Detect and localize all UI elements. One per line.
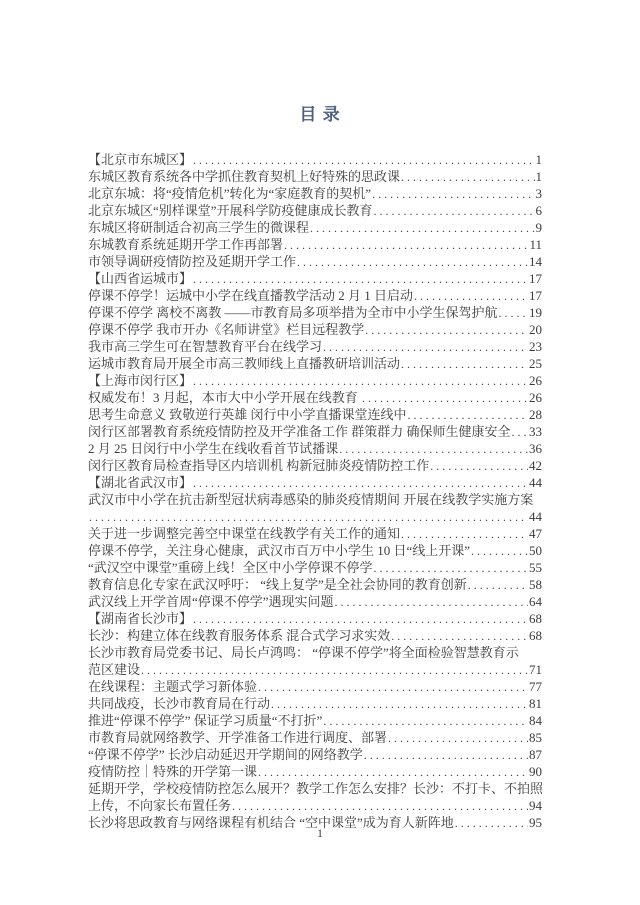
toc-entry-text: 权威发布！3 月起，本市大中小学开展在线教育 bbox=[88, 389, 361, 406]
toc-entry-text: 长沙市教育局党委书记、局长卢鸿鸣： “停课不停学”将全面检验智慧教育示 bbox=[88, 644, 519, 661]
toc-leader-dots bbox=[258, 764, 528, 780]
toc-page-number: 20 bbox=[529, 321, 542, 338]
toc-page-number: 55 bbox=[529, 559, 542, 576]
toc-entry-text: 东城区教育系统各中学抓住教育契机上好特殊的思政课 bbox=[88, 168, 400, 185]
toc-entry: 我市高三学生可在智慧教育平台在线学习 23 bbox=[88, 338, 542, 355]
toc-page-number: 44 bbox=[529, 508, 542, 525]
toc-page-number: 64 bbox=[529, 593, 542, 610]
toc-entry-text: 关于进一步调整完善空中课堂在线教学有关工作的通知 bbox=[88, 525, 400, 542]
toc-leader-dots bbox=[471, 543, 528, 559]
toc-entry-text: 2 月 25 日闵行中小学生在线收看首节试播课 bbox=[88, 440, 338, 457]
toc-entry-text: 市领导调研疫情防控及延期开学工作 bbox=[88, 253, 296, 270]
toc-leader-dots bbox=[430, 458, 528, 474]
toc-entry: 运城市教育局开展全市高三教师线上直播教研培训活动 25 bbox=[88, 355, 542, 372]
toc-entry-text: 上传，不向家长布置任务 bbox=[88, 797, 231, 814]
toc-leader-dots bbox=[365, 322, 528, 338]
toc-entry: 武汉线上开学首周“停课不停学”遇现实问题 64 bbox=[88, 593, 542, 610]
toc-entry-text: 市教育局就网络教学、开学准备工作进行调度、部署 bbox=[88, 729, 387, 746]
toc-leader-dots bbox=[414, 288, 528, 304]
toc-entry-text: 北京东城区“别样课堂”开展科学防疫健康成长教育 bbox=[88, 202, 373, 219]
toc-entry: “停课不停学” 长沙启动延迟开学期间的网络教学 87 bbox=[88, 746, 542, 763]
toc-entry-text: 【北京市东城区】 bbox=[88, 151, 192, 168]
toc-page-number: 68 bbox=[529, 627, 542, 644]
toc-page-number: 81 bbox=[529, 695, 542, 712]
toc-page-number: 9 bbox=[536, 219, 543, 236]
toc-leader-dots bbox=[499, 305, 528, 321]
toc-entry: 推进“停课不停学” 保证学习质量“不打折” 84 bbox=[88, 712, 542, 729]
toc-entry-text: “武汉空中课堂”重磅上线！全区中小学停课不停学 bbox=[88, 559, 373, 576]
toc-page-number: 26 bbox=[529, 372, 542, 389]
toc-entry-text: 武汉市中小学在抗击新型冠状病毒感染的肺炎疫情期间 开展在线教学实施方案 bbox=[88, 491, 533, 508]
toc-entry: 2 月 25 日闵行中小学生在线收看首节试播课 36 bbox=[88, 440, 542, 457]
toc-leader-dots bbox=[388, 730, 528, 746]
toc-entry: 停课不停学！运城中小学在线直播教学活动 2 月 1 日启动 17 bbox=[88, 287, 542, 304]
toc-entry-text: 武汉线上开学首周“停课不停学”遇现实问题 bbox=[88, 593, 334, 610]
toc-leader-dots bbox=[193, 152, 534, 168]
toc-entry: 停课不停学 我市开办《名师讲堂》栏目远程教学 20 bbox=[88, 321, 542, 338]
toc-page-number: 11 bbox=[529, 236, 542, 253]
toc-leader-dots bbox=[364, 747, 528, 763]
toc-leader-dots bbox=[141, 662, 528, 678]
toc-entry: 思考生命意义 致敬逆行英雄 闵行中小学直播课堂连线中 28 bbox=[88, 406, 542, 423]
toc-page-number: 90 bbox=[529, 763, 542, 780]
toc-entry: 长沙市教育局党委书记、局长卢鸿鸣： “停课不停学”将全面检验智慧教育示 bbox=[88, 644, 542, 661]
toc-leader-dots bbox=[408, 407, 528, 423]
toc-section-heading: 【山西省运城市】 17 bbox=[88, 270, 542, 287]
toc-entry: 东城区将研制适合初高三学生的微课程 9 bbox=[88, 219, 542, 236]
toc-entry: 在线课程：主题式学习新体验 77 bbox=[88, 678, 542, 695]
toc-title: 目 录 bbox=[0, 100, 640, 125]
toc-list: 【北京市东城区】 1 东城区教育系统各中学抓住教育契机上好特殊的思政课 1 北京… bbox=[88, 151, 542, 831]
toc-entry-text: 【上海市闵行区】 bbox=[88, 372, 192, 389]
toc-page-number: 50 bbox=[529, 542, 542, 559]
toc-leader-dots bbox=[339, 441, 528, 457]
toc-entry-text: 停课不停学！运城中小学在线直播教学活动 2 月 1 日启动 bbox=[88, 287, 413, 304]
toc-entry: 闵行区部署教育系统疫情防控及开学准备工作 群策群力 确保师生健康安全 33 bbox=[88, 423, 542, 440]
toc-entry-text: 长沙：构建立体在线教育服务体系 混合式学习求实效 bbox=[88, 627, 390, 644]
toc-leader-dots bbox=[401, 526, 528, 542]
toc-page-number: 94 bbox=[529, 797, 542, 814]
toc-entry-text: 东城区将研制适合初高三学生的微课程 bbox=[88, 219, 309, 236]
toc-page-number: 26 bbox=[529, 389, 542, 406]
toc-entry-text: 思考生命意义 致敬逆行英雄 闵行中小学直播课堂连线中 bbox=[88, 406, 407, 423]
toc-entry-text: 闵行区部署教育系统疫情防控及开学准备工作 群策群力 确保师生健康安全 bbox=[88, 423, 511, 440]
toc-leader-dots bbox=[89, 509, 528, 525]
toc-leader-dots bbox=[391, 628, 528, 644]
toc-leader-dots bbox=[512, 424, 528, 440]
toc-entry-text: 疫情防控｜特殊的开学第一课 bbox=[88, 763, 257, 780]
toc-entry: 停课不停学，关注身心健康，武汉市百万中小学生 10 日“线上开课” 50 bbox=[88, 542, 542, 559]
toc-entry: 东城区教育系统各中学抓住教育契机上好特殊的思政课 1 bbox=[88, 168, 542, 185]
toc-page-number: 3 bbox=[536, 185, 543, 202]
toc-page-number: 42 bbox=[529, 457, 542, 474]
toc-leader-dots bbox=[284, 237, 528, 253]
toc-page-number: 33 bbox=[529, 423, 542, 440]
toc-entry: 市领导调研疫情防控及延期开学工作 14 bbox=[88, 253, 542, 270]
toc-entry: 权威发布！3 月起，本市大中小学开展在线教育 26 bbox=[88, 389, 542, 406]
toc-entry: 停课不停学 离校不离教 ——市教育局多项举措为全市中小学生保驾护航 19 bbox=[88, 304, 542, 321]
toc-page-number: 85 bbox=[529, 729, 542, 746]
toc-page-number: 77 bbox=[529, 678, 542, 695]
toc-entry: 疫情防控｜特殊的开学第一课 90 bbox=[88, 763, 542, 780]
toc-entry-text: 停课不停学 离校不离教 ——市教育局多项举措为全市中小学生保驾护航 bbox=[88, 304, 498, 321]
toc-entry-text: 【湖北省武汉市】 bbox=[88, 474, 192, 491]
toc-leader-dots bbox=[323, 339, 528, 355]
toc-page-number: 1 bbox=[536, 151, 543, 168]
toc-leader-dots bbox=[374, 560, 528, 576]
toc-entry: 长沙：构建立体在线教育服务体系 混合式学习求实效 68 bbox=[88, 627, 542, 644]
toc-entry-text: 停课不停学 我市开办《名师讲堂》栏目远程教学 bbox=[88, 321, 364, 338]
toc-leader-dots bbox=[362, 390, 528, 406]
toc-entry: 共同战疫，长沙市教育局在行动 81 bbox=[88, 695, 542, 712]
toc-section-heading: 【湖北省武汉市】 44 bbox=[88, 474, 542, 491]
toc-page-number: 1 bbox=[536, 168, 543, 185]
toc-entry-text: 闵行区教育局检查指导区内培训机 构新冠肺炎疫情防控工作 bbox=[88, 457, 429, 474]
toc-entry: 44 bbox=[88, 508, 542, 525]
toc-entry: 武汉市中小学在抗击新型冠状病毒感染的肺炎疫情期间 开展在线教学实施方案 bbox=[88, 491, 542, 508]
toc-entry-text: 我市高三学生可在智慧教育平台在线学习 bbox=[88, 338, 322, 355]
toc-leader-dots bbox=[193, 271, 528, 287]
toc-entry: 北京东城：将“疫情危机”转化为“家庭教育的契机” 3 bbox=[88, 185, 542, 202]
toc-entry-text: 【湖南省长沙市】 bbox=[88, 610, 192, 627]
toc-page-number: 84 bbox=[529, 712, 542, 729]
footer-page-number: 1 bbox=[0, 826, 640, 841]
toc-page-number: 44 bbox=[529, 474, 542, 491]
toc-page-number: 28 bbox=[529, 406, 542, 423]
toc-leader-dots bbox=[271, 696, 528, 712]
toc-entry-text: 延期开学，学校疫情防控怎么展开？教学工作怎么安排？长沙：不打卡、不拍照 bbox=[88, 780, 542, 797]
toc-page-number: 14 bbox=[529, 253, 542, 270]
toc-entry: “武汉空中课堂”重磅上线！全区中小学停课不停学 55 bbox=[88, 559, 542, 576]
toc-entry: 东城教育系统延期开学工作再部署 11 bbox=[88, 236, 542, 253]
toc-leader-dots bbox=[335, 594, 528, 610]
toc-page-number: 19 bbox=[529, 304, 542, 321]
toc-leader-dots bbox=[193, 475, 528, 491]
toc-page-number: 87 bbox=[529, 746, 542, 763]
toc-page-number: 58 bbox=[529, 576, 542, 593]
toc-page-number: 23 bbox=[529, 338, 542, 355]
toc-entry: 关于进一步调整完善空中课堂在线教学有关工作的通知 47 bbox=[88, 525, 542, 542]
toc-entry-text: 在线课程：主题式学习新体验 bbox=[88, 678, 257, 695]
toc-page-number: 17 bbox=[529, 287, 542, 304]
toc-entry: 闵行区教育局检查指导区内培训机 构新冠肺炎疫情防控工作 42 bbox=[88, 457, 542, 474]
toc-page-number: 17 bbox=[529, 270, 542, 287]
toc-leader-dots bbox=[468, 577, 528, 593]
toc-page-number: 47 bbox=[529, 525, 542, 542]
toc-entry: 延期开学，学校疫情防控怎么展开？教学工作怎么安排？长沙：不打卡、不拍照 bbox=[88, 780, 542, 797]
toc-section-heading: 【北京市东城区】 1 bbox=[88, 151, 542, 168]
toc-leader-dots bbox=[310, 220, 534, 236]
toc-leader-dots bbox=[323, 713, 528, 729]
toc-page-number: 68 bbox=[529, 610, 542, 627]
toc-entry-text: 东城教育系统延期开学工作再部署 bbox=[88, 236, 283, 253]
toc-entry-text: 北京东城：将“疫情危机”转化为“家庭教育的契机” bbox=[88, 185, 371, 202]
toc-entry-text: 停课不停学，关注身心健康，武汉市百万中小学生 10 日“线上开课” bbox=[88, 542, 470, 559]
toc-entry: 北京东城区“别样课堂”开展科学防疫健康成长教育 6 bbox=[88, 202, 542, 219]
toc-page-number: 6 bbox=[536, 202, 543, 219]
toc-leader-dots bbox=[374, 203, 535, 219]
toc-entry-text: 【山西省运城市】 bbox=[88, 270, 192, 287]
document-page: 目 录 【北京市东城区】 1 东城区教育系统各中学抓住教育契机上好特殊的思政课 … bbox=[0, 0, 640, 905]
toc-entry-text: 共同战疫，长沙市教育局在行动 bbox=[88, 695, 270, 712]
toc-leader-dots bbox=[372, 186, 534, 202]
toc-entry-text: 推进“停课不停学” 保证学习质量“不打折” bbox=[88, 712, 322, 729]
toc-entry-text: 教育信息化专家在武汉呼吁： “线上复学”是全社会协同的教育创新 bbox=[88, 576, 467, 593]
toc-leader-dots bbox=[297, 254, 528, 270]
toc-leader-dots bbox=[401, 356, 528, 372]
toc-leader-dots bbox=[193, 611, 528, 627]
toc-entry: 市教育局就网络教学、开学准备工作进行调度、部署 85 bbox=[88, 729, 542, 746]
toc-section-heading: 【上海市闵行区】 26 bbox=[88, 372, 542, 389]
toc-section-heading: 【湖南省长沙市】 68 bbox=[88, 610, 542, 627]
toc-entry-text: “停课不停学” 长沙启动延迟开学期间的网络教学 bbox=[88, 746, 363, 763]
toc-page-number: 36 bbox=[529, 440, 542, 457]
toc-entry: 范区建设 71 bbox=[88, 661, 542, 678]
toc-leader-dots bbox=[401, 169, 534, 185]
toc-leader-dots bbox=[258, 679, 528, 695]
toc-leader-dots bbox=[232, 798, 528, 814]
toc-page-number: 25 bbox=[529, 355, 542, 372]
toc-leader-dots bbox=[193, 373, 528, 389]
toc-entry: 上传，不向家长布置任务 94 bbox=[88, 797, 542, 814]
toc-page-number: 71 bbox=[529, 661, 542, 678]
toc-entry-text: 运城市教育局开展全市高三教师线上直播教研培训活动 bbox=[88, 355, 400, 372]
toc-entry-text: 范区建设 bbox=[88, 661, 140, 678]
toc-entry: 教育信息化专家在武汉呼吁： “线上复学”是全社会协同的教育创新 58 bbox=[88, 576, 542, 593]
